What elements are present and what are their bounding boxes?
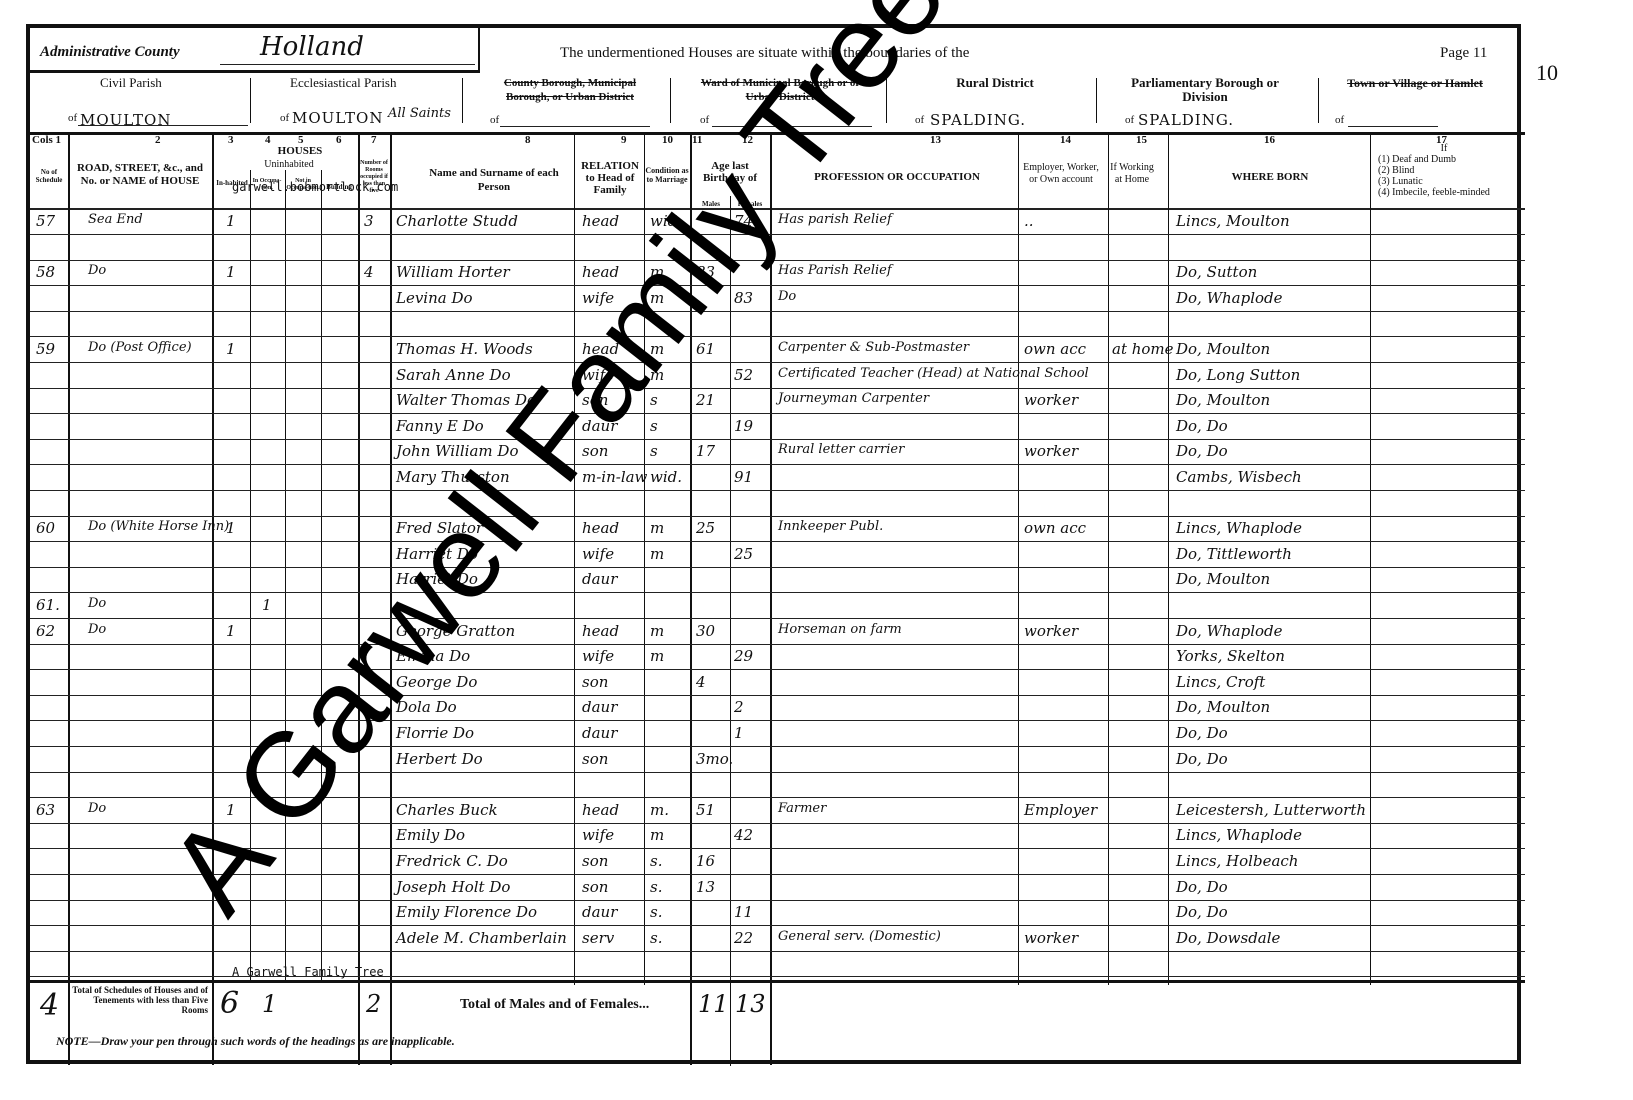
row-inhabited: 1 [226,212,236,230]
col-houses-header: HOUSES [245,144,355,158]
row-relation: son [582,852,608,870]
totals-persons-label: Total of Males and of Females... [460,998,649,1012]
row-uninhabited: 1 [262,596,272,614]
row-schedule: 57 [36,212,55,230]
row-inhabited: 1 [226,519,236,537]
row-female-age: 22 [734,929,753,947]
row-occupation: Farmer [778,801,826,816]
row-schedule: 61. [36,596,60,614]
total-rooms: 2 [366,990,381,1018]
cols-label: Cols 1 [32,135,61,145]
civil-parish-value: MOULTON [80,111,171,129]
row-condition: m [650,622,664,640]
row-condition: wid. [650,468,682,486]
col-infirmity-header: (1) Deaf and Dumb (2) Blind (3) Lunatic … [1378,154,1490,198]
row-relation: son [582,878,608,896]
admin-county-label: Administrative County [40,44,180,61]
row-where-born: Leicestersh, Lutterworth [1176,801,1366,819]
row-where-born: Lincs, Moulton [1176,212,1290,230]
row-male-age: 13 [696,878,715,896]
row-where-born: Do, Tittleworth [1176,545,1292,563]
row-employer: own acc [1024,519,1086,537]
row-where-born: Do, Dowsdale [1176,929,1280,947]
table-row: Sarah Anne Dowifem52Certificated Teacher… [30,364,1525,390]
row-employer: own acc [1024,340,1086,358]
row-condition: m [650,519,664,537]
total-males: 11 [698,990,729,1018]
row-male-age: 17 [696,442,715,460]
row-where-born: Do, Sutton [1176,263,1257,281]
row-where-born: Do, Do [1176,724,1228,742]
admin-county-value: Holland [260,32,364,62]
row-where-born: Lincs, Croft [1176,673,1265,691]
row-where-born: Lincs, Holbeach [1176,852,1298,870]
row-road: Do [88,622,106,637]
row-name: Charles Buck [396,801,498,819]
row-relation: head [582,212,619,230]
civil-parish-label: Civil Parish [100,76,162,90]
row-where-born: Do, Do [1176,903,1228,921]
row-employer: .. [1024,212,1034,230]
row-employer: worker [1024,442,1078,460]
col-at-home-header: If Working at Home [1110,162,1154,186]
row-name: Emily Do [396,826,465,844]
row-employer: worker [1024,929,1078,947]
row-male-age: 3mo. [696,750,733,768]
table-row: Mary Thurstonm-in-lawwid.91Cambs, Wisbec… [30,466,1525,492]
row-condition: m [650,647,664,665]
row-name: Adele M. Chamberlain [396,929,567,947]
row-relation: wife [582,647,614,665]
total-uninhabited: 1 [262,990,277,1018]
eccl-parish-value: MOULTON [292,109,383,127]
row-where-born: Do, Whaplode [1176,289,1283,307]
table-row: 61.Do1 [30,594,1525,620]
parl-borough-label: Parliamentary Borough or Division [1125,76,1285,104]
row-female-age: 52 [734,366,753,384]
row-inhabited: 1 [226,263,236,281]
table-row: John William Dosons17Rural letter carrie… [30,440,1525,466]
table-row: 58Do14William Horterheadm83Has Parish Re… [30,261,1525,287]
row-relation: serv [582,929,614,947]
row-female-age: 19 [734,417,753,435]
row-male-age: 16 [696,852,715,870]
url-watermark: garwell.bobmortlock.com [232,180,398,194]
row-name: Thomas H. Woods [396,340,533,358]
row-where-born: Do, Moulton [1176,698,1270,716]
row-schedule: 59 [36,340,55,358]
row-occupation: Carpenter & Sub-Postmaster [778,340,969,355]
row-employer: Employer [1024,801,1097,819]
row-name: Emily Florence Do [396,903,537,921]
row-female-age: 2 [734,698,744,716]
row-name: Levina Do [396,289,473,307]
row-condition: s [650,442,658,460]
row-employer: worker [1024,622,1078,640]
table-row: 60Do (White Horse Inn)1Fred Slatorheadm2… [30,517,1525,543]
row-road: Do [88,801,106,816]
parl-borough-value: SPALDING. [1138,111,1234,129]
row-inhabited: 1 [226,622,236,640]
table-row: 62Do1George Grattonheadm30Horseman on fa… [30,620,1525,646]
row-relation: son [582,673,608,691]
row-female-age: 11 [734,903,753,921]
row-male-age: 25 [696,519,715,537]
table-row: Emma Dowifem29Yorks, Skelton [30,645,1525,671]
row-at-home: at home [1112,340,1174,358]
row-name: Herbert Do [396,750,483,768]
small-watermark: A Garwell Family Tree [232,965,384,979]
row-where-born: Do, Long Sutton [1176,366,1300,384]
folio-number: 10 [1536,60,1558,86]
row-condition: s. [650,852,662,870]
town-label: Town or Village or Hamlet [1330,76,1500,90]
row-male-age: 51 [696,801,715,819]
col-name-header: Name and Surname of each Person [414,166,574,194]
totals-label: Total of Schedules of Houses and of Tene… [72,985,208,1015]
row-where-born: Do, Moulton [1176,570,1270,588]
row-road: Do (White Horse Inn) [88,519,229,534]
row-female-age: 1 [734,724,744,742]
row-name: Sarah Anne Do [396,366,511,384]
county-borough-label: County Borough, Municipal Borough, or Ur… [485,76,655,104]
row-where-born: Do, Moulton [1176,391,1270,409]
table-row: George Doson4Lincs, Croft [30,671,1525,697]
table-row: Walter Thomas Dosons21Journeyman Carpent… [30,389,1525,415]
row-schedule: 62 [36,622,55,640]
row-male-age: 21 [696,391,715,409]
row-occupation: General serv. (Domestic) [778,929,941,944]
row-name: Charlotte Studd [396,212,518,230]
table-row: Fanny E Dodaurs19Do, Do [30,415,1525,441]
row-female-age: 25 [734,545,753,563]
total-inhabited: 6 [220,986,239,1021]
table-row: Harriet DodaurDo, Moulton [30,568,1525,594]
row-road: Sea End [88,212,143,227]
total-females: 13 [735,990,766,1018]
row-name: Joseph Holt Do [396,878,510,896]
row-male-age: 4 [696,673,706,691]
row-condition: s. [650,929,662,947]
row-where-born: Do, Do [1176,442,1228,460]
col-relation-header: RELATION to Head of Family [576,160,644,196]
col-uninhabited-header: Uninhabited [252,158,326,172]
row-where-born: Cambs, Wisbech [1176,468,1302,486]
row-condition: m [650,826,664,844]
row-where-born: Lincs, Whaplode [1176,826,1302,844]
total-schedules: 4 [40,988,59,1023]
row-schedule: 60 [36,519,55,537]
col-where-born-header: WHERE BORN [1170,170,1370,184]
row-condition: m [650,545,664,563]
rural-district-value: SPALDING. [930,111,1026,129]
row-relation: daur [582,903,617,921]
row-occupation: Innkeeper Publ. [778,519,883,534]
row-female-age: 91 [734,468,753,486]
row-condition: m. [650,801,669,819]
row-road: Do (Post Office) [88,340,192,355]
row-condition: s. [650,903,662,921]
row-where-born: Yorks, Skelton [1176,647,1285,665]
row-occupation: Has Parish Relief [778,263,892,278]
col-employer-header: Employer, Worker, or Own account [1020,162,1102,186]
row-schedule: 63 [36,801,55,819]
table-row: Levina Dowifem83DoDo, Whaplode [30,287,1525,313]
row-relation: son [582,750,608,768]
row-occupation: Certificated Teacher (Head) at National … [778,366,1089,381]
row-occupation: Horseman on farm [778,622,902,637]
row-relation: head [582,801,619,819]
row-relation: daur [582,570,617,588]
table-row: 59Do (Post Office)1Thomas H. Woodsheadm6… [30,338,1525,364]
row-rooms: 3 [364,212,374,230]
row-road: Do [88,596,106,611]
row-relation: wife [582,545,614,563]
row-inhabited: 1 [226,340,236,358]
col-schedule-header: No of Schedule [30,168,68,184]
table-row: Harriet Dowifem25Do, Tittleworth [30,543,1525,569]
row-relation: wife [582,826,614,844]
row-where-born: Do, Do [1176,750,1228,768]
col-road-header: ROAD, STREET, &c., and No. or NAME of HO… [68,162,212,188]
row-occupation: Do [778,289,796,304]
page-number: Page 11 [1440,46,1487,60]
rural-district-label: Rural District [920,76,1070,90]
row-female-age: 42 [734,826,753,844]
row-road: Do [88,263,106,278]
row-name: William Horter [396,263,510,281]
row-where-born: Do, Do [1176,417,1228,435]
eccl-parish-label: Ecclesiastical Parish [290,76,397,90]
row-where-born: Do, Do [1176,878,1228,896]
row-relation: head [582,519,619,537]
row-where-born: Do, Moulton [1176,340,1270,358]
row-occupation: Journeyman Carpenter [778,391,929,406]
row-occupation: Rural letter carrier [778,442,904,457]
row-male-age: 30 [696,622,715,640]
row-relation: daur [582,698,617,716]
row-schedule: 58 [36,263,55,281]
eccl-parish-note: All Saints [388,106,451,121]
row-relation: head [582,622,619,640]
row-relation: daur [582,724,617,742]
footer-note: NOTE—Draw your pen through such words of… [56,1034,455,1049]
table-row [30,492,1525,518]
row-female-age: 29 [734,647,753,665]
row-rooms: 4 [364,263,374,281]
table-row [30,312,1525,338]
row-name: Fredrick C. Do [396,852,508,870]
row-where-born: Lincs, Whaplode [1176,519,1302,537]
row-where-born: Do, Whaplode [1176,622,1283,640]
row-condition: s. [650,878,662,896]
row-employer: worker [1024,391,1078,409]
